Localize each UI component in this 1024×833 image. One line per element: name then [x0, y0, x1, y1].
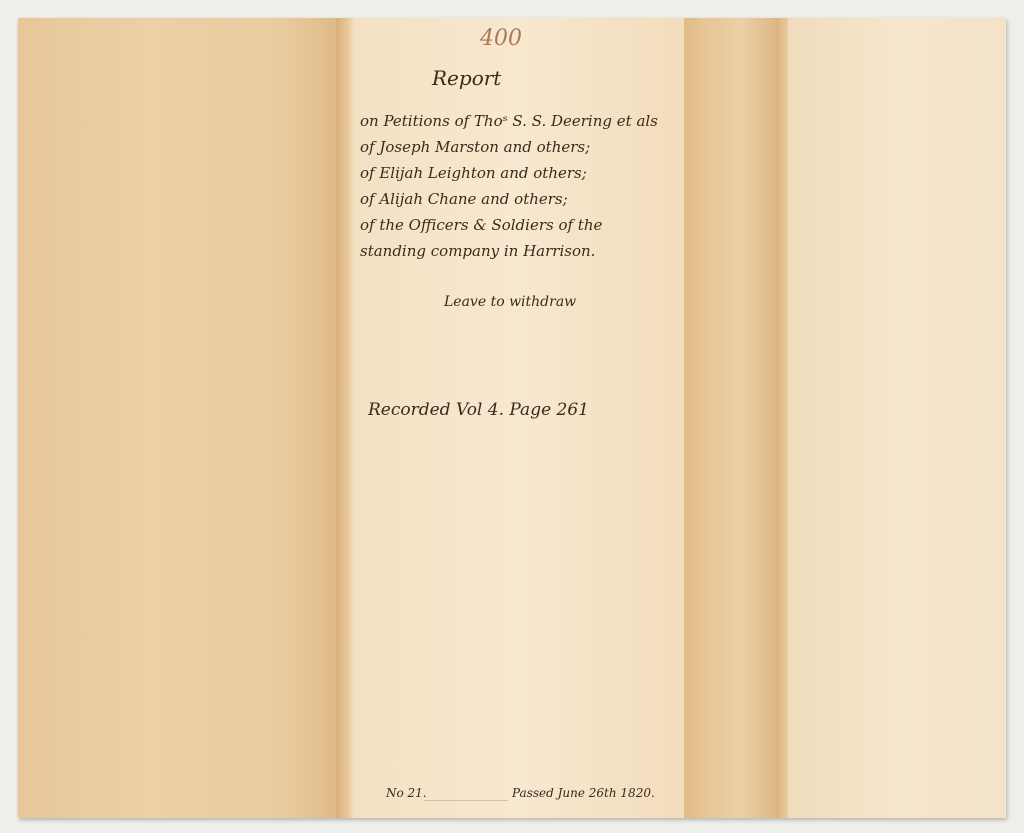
footer-number: No 21.	[386, 786, 427, 800]
disposition-note: Leave to withdraw	[444, 294, 576, 310]
right-folded-panel	[788, 18, 1006, 818]
footer-date: Passed June 26th 1820.	[512, 786, 655, 800]
recorded-note: Recorded Vol 4. Page 261	[368, 400, 589, 420]
petition-line: standing company in Harrison.	[360, 238, 658, 264]
docket-number: 400	[480, 26, 522, 51]
report-title: Report	[432, 66, 501, 90]
petition-line: on Petitions of Thoˢ S. S. Deering et al…	[360, 108, 658, 134]
petition-lines: on Petitions of Thoˢ S. S. Deering et al…	[360, 108, 658, 264]
petition-line: of Joseph Marston and others;	[360, 134, 658, 160]
left-fold-crease	[336, 18, 354, 818]
right-fold-crease	[684, 18, 788, 818]
petition-line: of Elijah Leighton and others;	[360, 160, 658, 186]
left-folded-panel	[18, 18, 350, 818]
petition-line: of the Officers & Soldiers of the	[360, 212, 658, 238]
petition-line: of Alijah Chane and others;	[360, 186, 658, 212]
footer-rule	[424, 800, 508, 801]
